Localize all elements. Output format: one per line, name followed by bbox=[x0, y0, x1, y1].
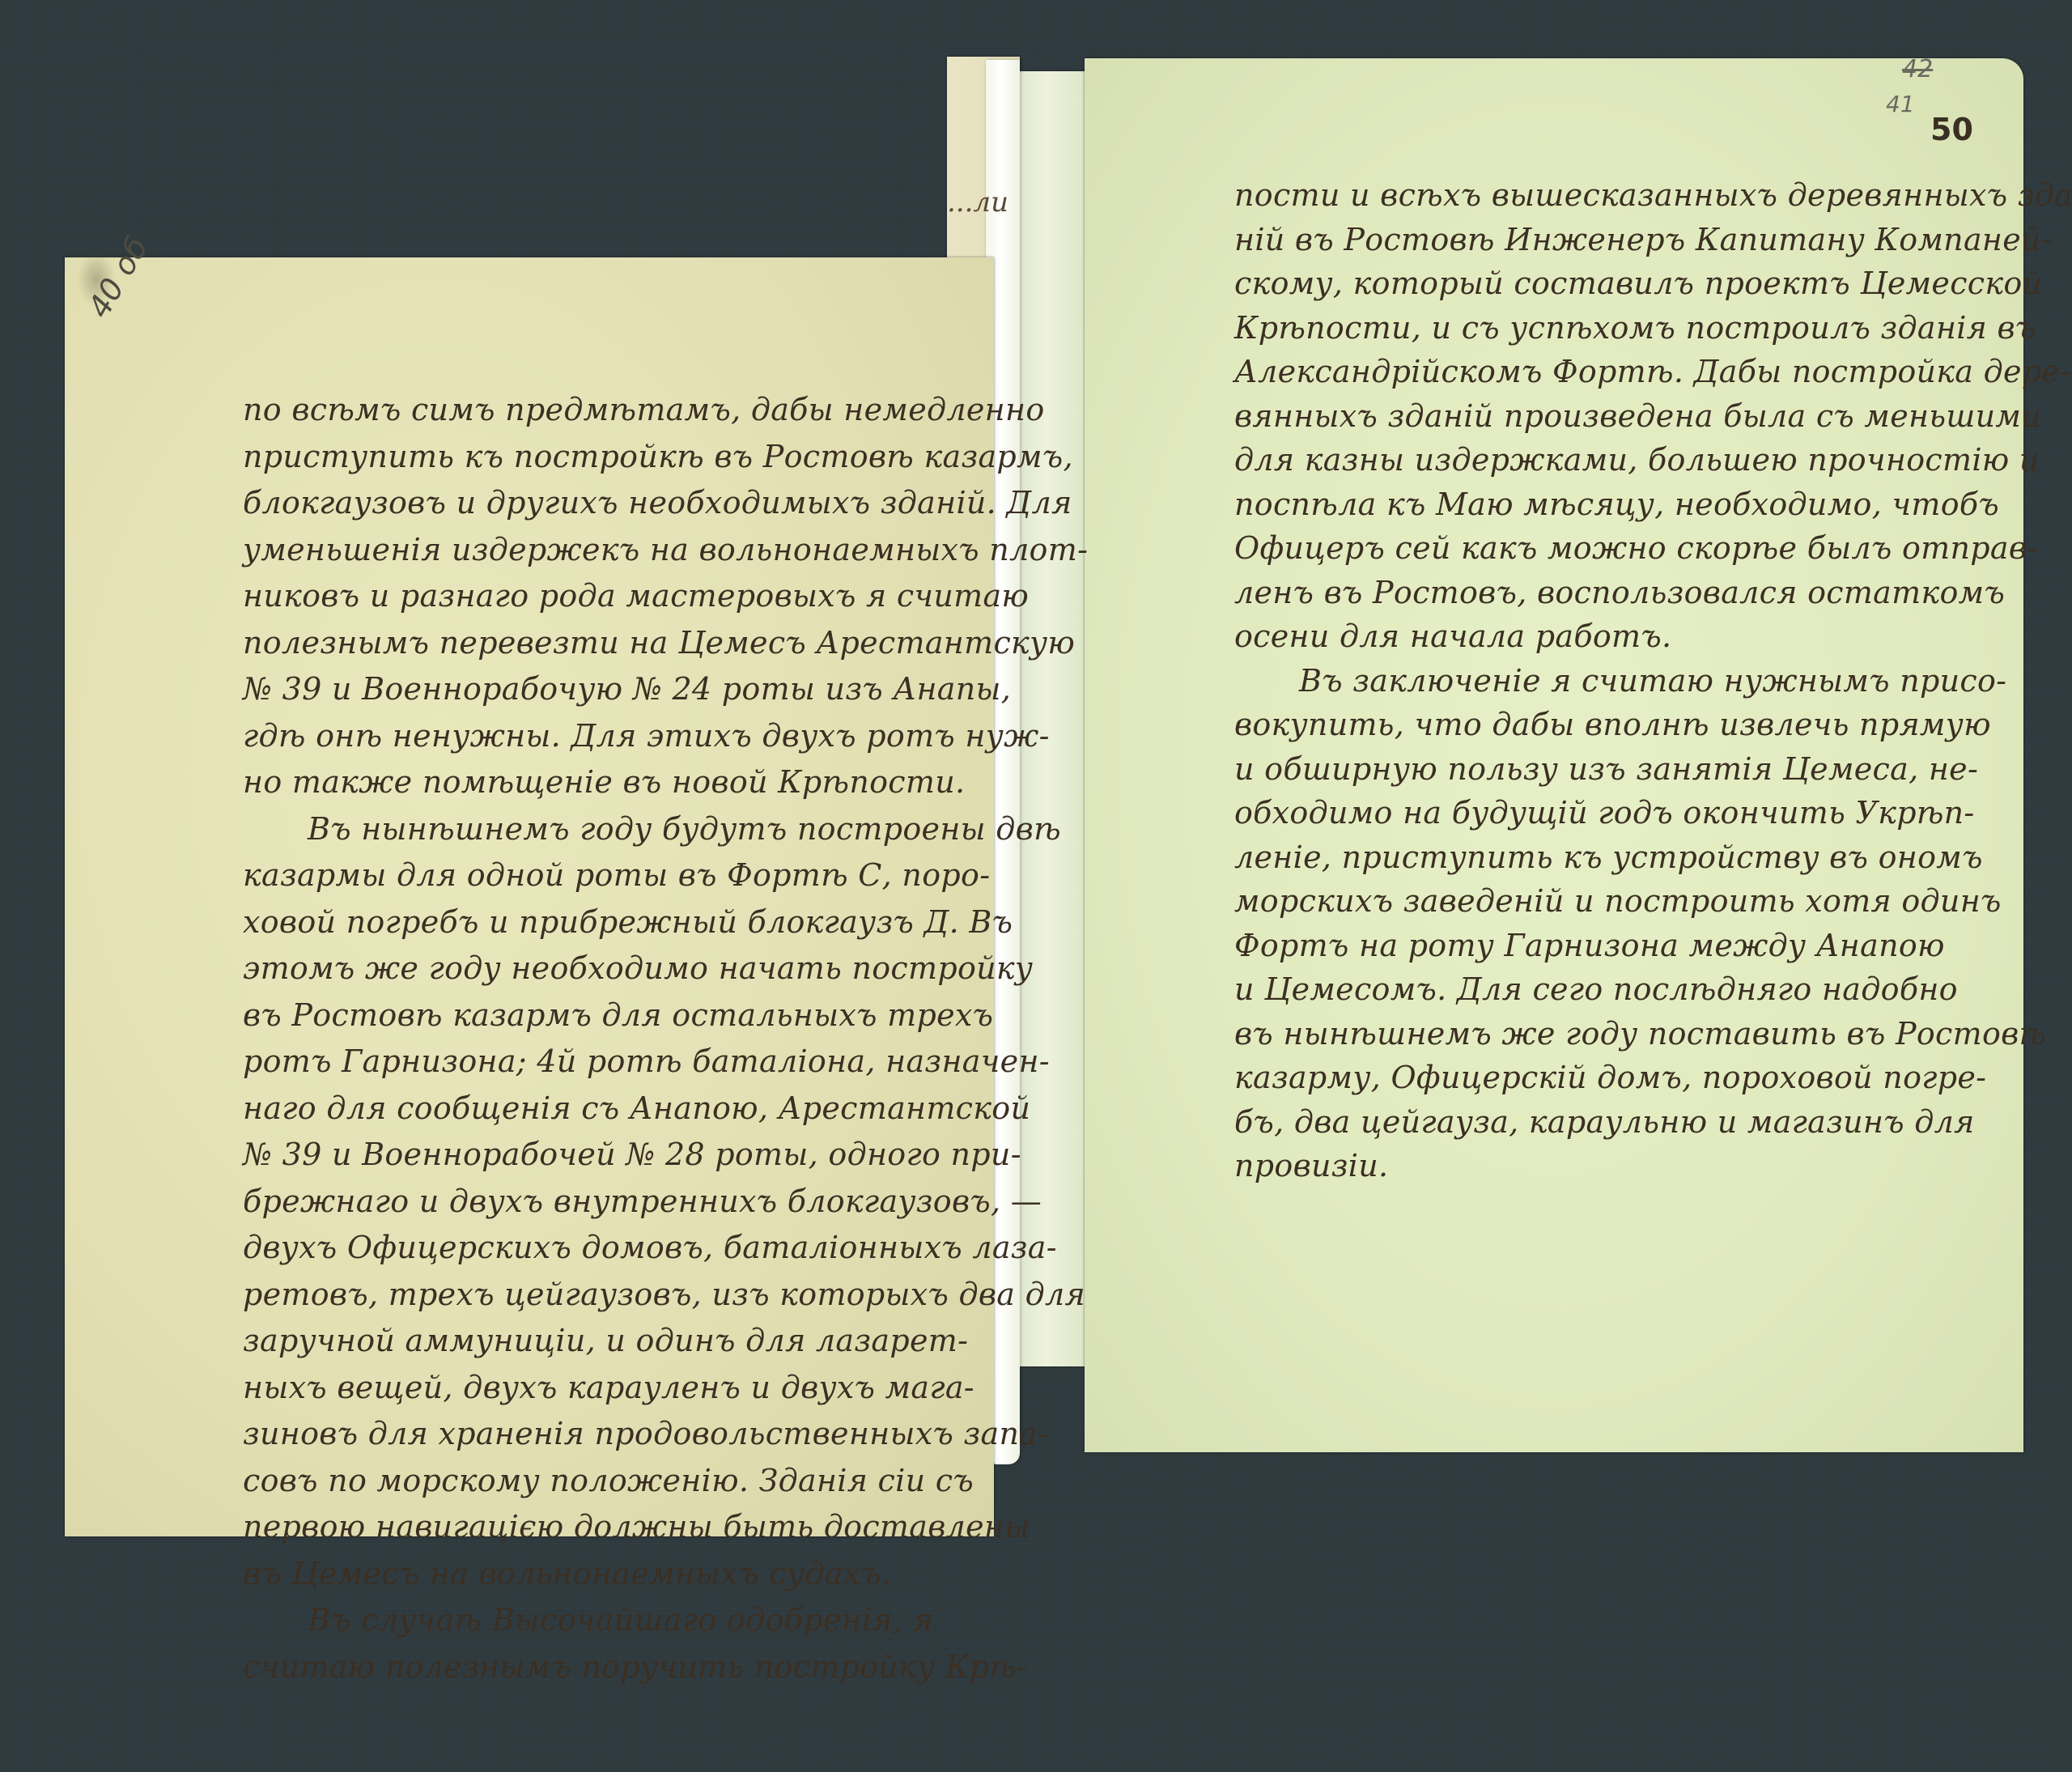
text-line: этомъ же году необходимо начать постройк… bbox=[243, 945, 971, 992]
folio-number-struck: 42 bbox=[1902, 55, 1933, 83]
paragraph-start-line: Въ заключеніе я считаю нужнымъ присо- bbox=[1234, 659, 2011, 703]
folio-number-ink: 50 bbox=[1930, 112, 1973, 147]
text-line: скому, который составилъ проектъ Цемесск… bbox=[1234, 261, 2011, 306]
text-line: совъ по морскому положенію. Зданія сіи с… bbox=[243, 1458, 971, 1505]
text-line: № 39 и Военнорабочей № 28 роты, одного п… bbox=[243, 1132, 971, 1179]
text-line: пости и всѣхъ вышесказанныхъ деревянныхъ… bbox=[1234, 173, 2011, 218]
paragraph-start-line: Въ нынѣшнемъ году будутъ построены двѣ bbox=[243, 806, 971, 853]
text-line: заручной аммуниціи, и одинъ для лазарет- bbox=[243, 1318, 971, 1365]
text-line: въ Цемесъ на вольнонаемныхъ судахъ. bbox=[243, 1551, 971, 1598]
text-line: и Цемесомъ. Для сего послѣдняго надобно bbox=[1234, 967, 2011, 1012]
underlying-sheet-text-fragment: ...ли bbox=[947, 186, 1008, 219]
text-line: полезнымъ перевезти на Цемесъ Арестантск… bbox=[243, 620, 971, 667]
text-line: Фортъ на роту Гарнизона между Анапою bbox=[1234, 924, 2011, 968]
text-line: и обширную пользу изъ занятія Цемеса, не… bbox=[1234, 747, 2011, 792]
text-line: первою навигацією должны быть доставлены bbox=[243, 1504, 971, 1551]
text-line: наго для сообщенія съ Анапою, Арестантск… bbox=[243, 1086, 971, 1132]
text-line: брежнаго и двухъ внутреннихъ блокгаузовъ… bbox=[243, 1179, 971, 1226]
text-line: казармы для одной роты въ Фортѣ С, поро- bbox=[243, 852, 971, 899]
text-line: ротъ Гарнизона; 4й ротѣ баталіона, назна… bbox=[243, 1039, 971, 1086]
text-line: блокгаузовъ и другихъ необходимыхъ здані… bbox=[243, 480, 971, 527]
text-line: уменьшенія издержекъ на вольнонаемныхъ п… bbox=[243, 527, 971, 574]
text-line: приступить къ постройкѣ въ Ростовѣ казар… bbox=[243, 434, 971, 481]
text-line: зиновъ для храненія продовольственныхъ з… bbox=[243, 1411, 971, 1458]
text-line: морскихъ заведеній и построить хотя один… bbox=[1234, 879, 2011, 924]
text-line: ныхъ вещей, двухъ карауленъ и двухъ мага… bbox=[243, 1365, 971, 1412]
text-line: въ нынѣшнемъ же году поставить въ Ростов… bbox=[1234, 1012, 2011, 1056]
folio-number-pencil: 41 bbox=[1886, 91, 1915, 117]
text-line: для казны издержками, большею прочностію… bbox=[1234, 438, 2011, 482]
text-line: леніе, приступить къ устройству въ ономъ bbox=[1234, 835, 2011, 880]
paragraph-start-line: Въ случаѣ Высочайшаго одобренія, я bbox=[243, 1597, 971, 1644]
text-line: ленъ въ Ростовъ, воспользовался остатком… bbox=[1234, 571, 2011, 615]
text-line: ховой погребъ и прибрежный блокгаузъ Д. … bbox=[243, 899, 971, 946]
text-line: вянныхъ зданій произведена была съ меньш… bbox=[1234, 394, 2011, 439]
text-line: провизіи. bbox=[1234, 1144, 2011, 1188]
text-line: Офицеръ сей какъ можно скорѣе былъ отпра… bbox=[1234, 526, 2011, 571]
text-line: по всѣмъ симъ предмѣтамъ, дабы немедленн… bbox=[243, 387, 971, 434]
right-page-text: пости и всѣхъ вышесказанныхъ деревянныхъ… bbox=[1234, 173, 2011, 1188]
text-line: вокупить, что дабы вполнѣ извлечь прямую bbox=[1234, 703, 2011, 747]
text-line: Крѣпости, и съ успѣхомъ построилъ зданія… bbox=[1234, 306, 2011, 351]
text-line: никовъ и разнаго рода мастеровыхъ я счит… bbox=[243, 573, 971, 620]
text-line: двухъ Офицерскихъ домовъ, баталіонныхъ л… bbox=[243, 1225, 971, 1272]
text-line: осени для начала работъ. bbox=[1234, 614, 2011, 659]
text-line: обходимо на будущій годъ окончить Укрѣп- bbox=[1234, 791, 2011, 835]
text-line: бъ, два цейгауза, караульню и магазинъ д… bbox=[1234, 1100, 2011, 1145]
text-line: № 39 и Военнорабочую № 24 роты изъ Анапы… bbox=[243, 666, 971, 713]
left-page-text: по всѣмъ симъ предмѣтамъ, дабы немедленн… bbox=[243, 387, 971, 1690]
text-line: гдѣ онѣ ненужны. Для этихъ двухъ ротъ ну… bbox=[243, 713, 971, 760]
text-line: ретовъ, трехъ цейгаузовъ, изъ которыхъ д… bbox=[243, 1272, 971, 1319]
text-line: казарму, Офицерскій домъ, пороховой погр… bbox=[1234, 1056, 2011, 1100]
text-line: въ Ростовѣ казармъ для остальныхъ трехъ bbox=[243, 992, 971, 1039]
text-line: поспѣла къ Маю мѣсяцу, необходимо, чтобъ bbox=[1234, 482, 2011, 527]
text-line: ній въ Ростовѣ Инженеръ Капитану Компане… bbox=[1234, 218, 2011, 262]
text-line: но также помѣщеніе въ новой Крѣпости. bbox=[243, 759, 971, 806]
text-line: Александрійскомъ Фортѣ. Дабы постройка д… bbox=[1234, 350, 2011, 394]
text-line: считаю полезнымъ поручить постройку Крѣ- bbox=[243, 1644, 971, 1691]
